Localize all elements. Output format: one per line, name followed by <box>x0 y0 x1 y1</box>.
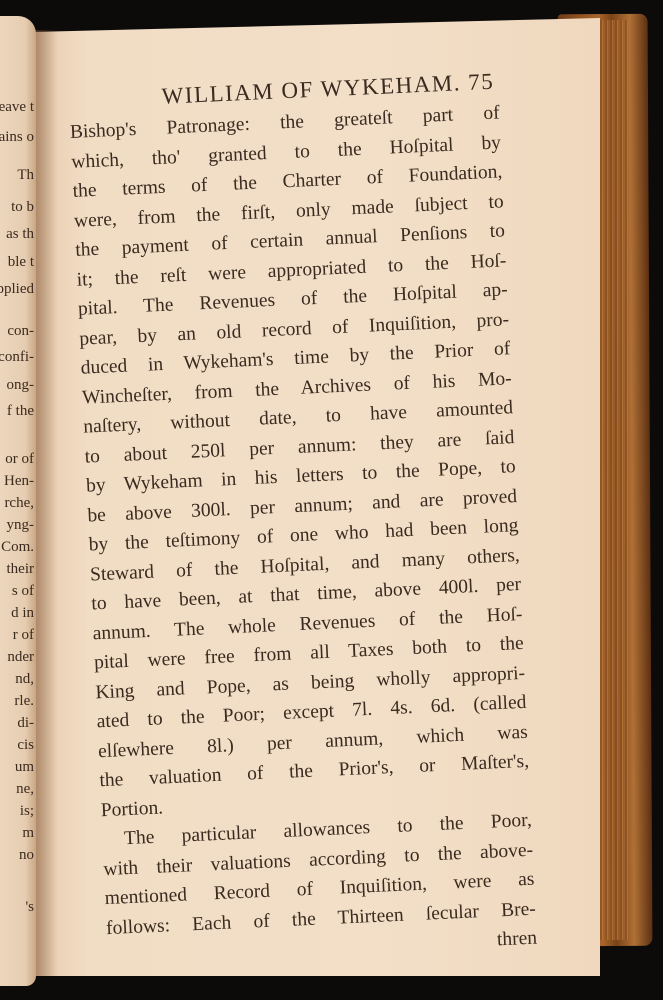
left-page-text-fragment: cis <box>17 738 34 753</box>
left-page-text-fragment: confi- <box>0 350 34 365</box>
left-page-text-fragment: um <box>15 760 34 775</box>
left-page-text-fragment: eave t <box>0 100 34 115</box>
left-page-text-fragment: is; <box>20 804 34 819</box>
left-page-text-fragment: nd, <box>15 672 34 687</box>
left-page-text-fragment: r of <box>13 628 34 643</box>
left-page-text-fragment: Th <box>17 168 34 183</box>
left-page-text-fragment: no <box>19 848 34 863</box>
right-page-text: WILLIAM OF WYKEHAM. 75 Bishop's Patronag… <box>68 68 538 972</box>
left-page-text-fragment: ne, <box>16 782 34 797</box>
left-page-text-fragment: or of <box>5 452 34 467</box>
left-page-text-fragment: di- <box>17 716 34 731</box>
left-page-text-fragment: their <box>7 562 35 577</box>
paragraph-2: The particular allowances to the Poor,wi… <box>101 806 536 943</box>
left-page-text-fragment: 's <box>25 900 34 915</box>
paragraph-1: Bishop's Patronage: the greateſt part of… <box>69 98 531 825</box>
left-page: eave tains oThto bas thble tppliedcon-co… <box>0 16 36 986</box>
left-page-text-fragment: f the <box>7 404 34 419</box>
left-page-text-fragment: Com. <box>1 540 34 555</box>
left-page-text-fragment: as th <box>6 227 34 242</box>
left-page-text-fragment: ains o <box>0 130 34 145</box>
left-page-text-fragment: rle. <box>14 694 34 709</box>
left-page-text-fragment: Hen- <box>4 474 34 489</box>
left-page-text-fragment: s of <box>12 584 34 599</box>
left-page-text-fragment: yng- <box>7 518 35 533</box>
left-page-text-fragment: to b <box>11 200 34 215</box>
left-page-text-fragment: pplied <box>0 282 34 297</box>
left-page-text-fragment: ble t <box>8 255 34 270</box>
left-page-text-fragment: con- <box>7 324 34 339</box>
left-page-text-fragment: nder <box>7 650 34 665</box>
left-page-text-fragment: d in <box>11 606 34 621</box>
left-page-text-fragment: ong- <box>7 378 35 393</box>
left-page-text-fragment: m <box>22 826 34 841</box>
left-page-text-fragment: rche, <box>4 496 34 511</box>
